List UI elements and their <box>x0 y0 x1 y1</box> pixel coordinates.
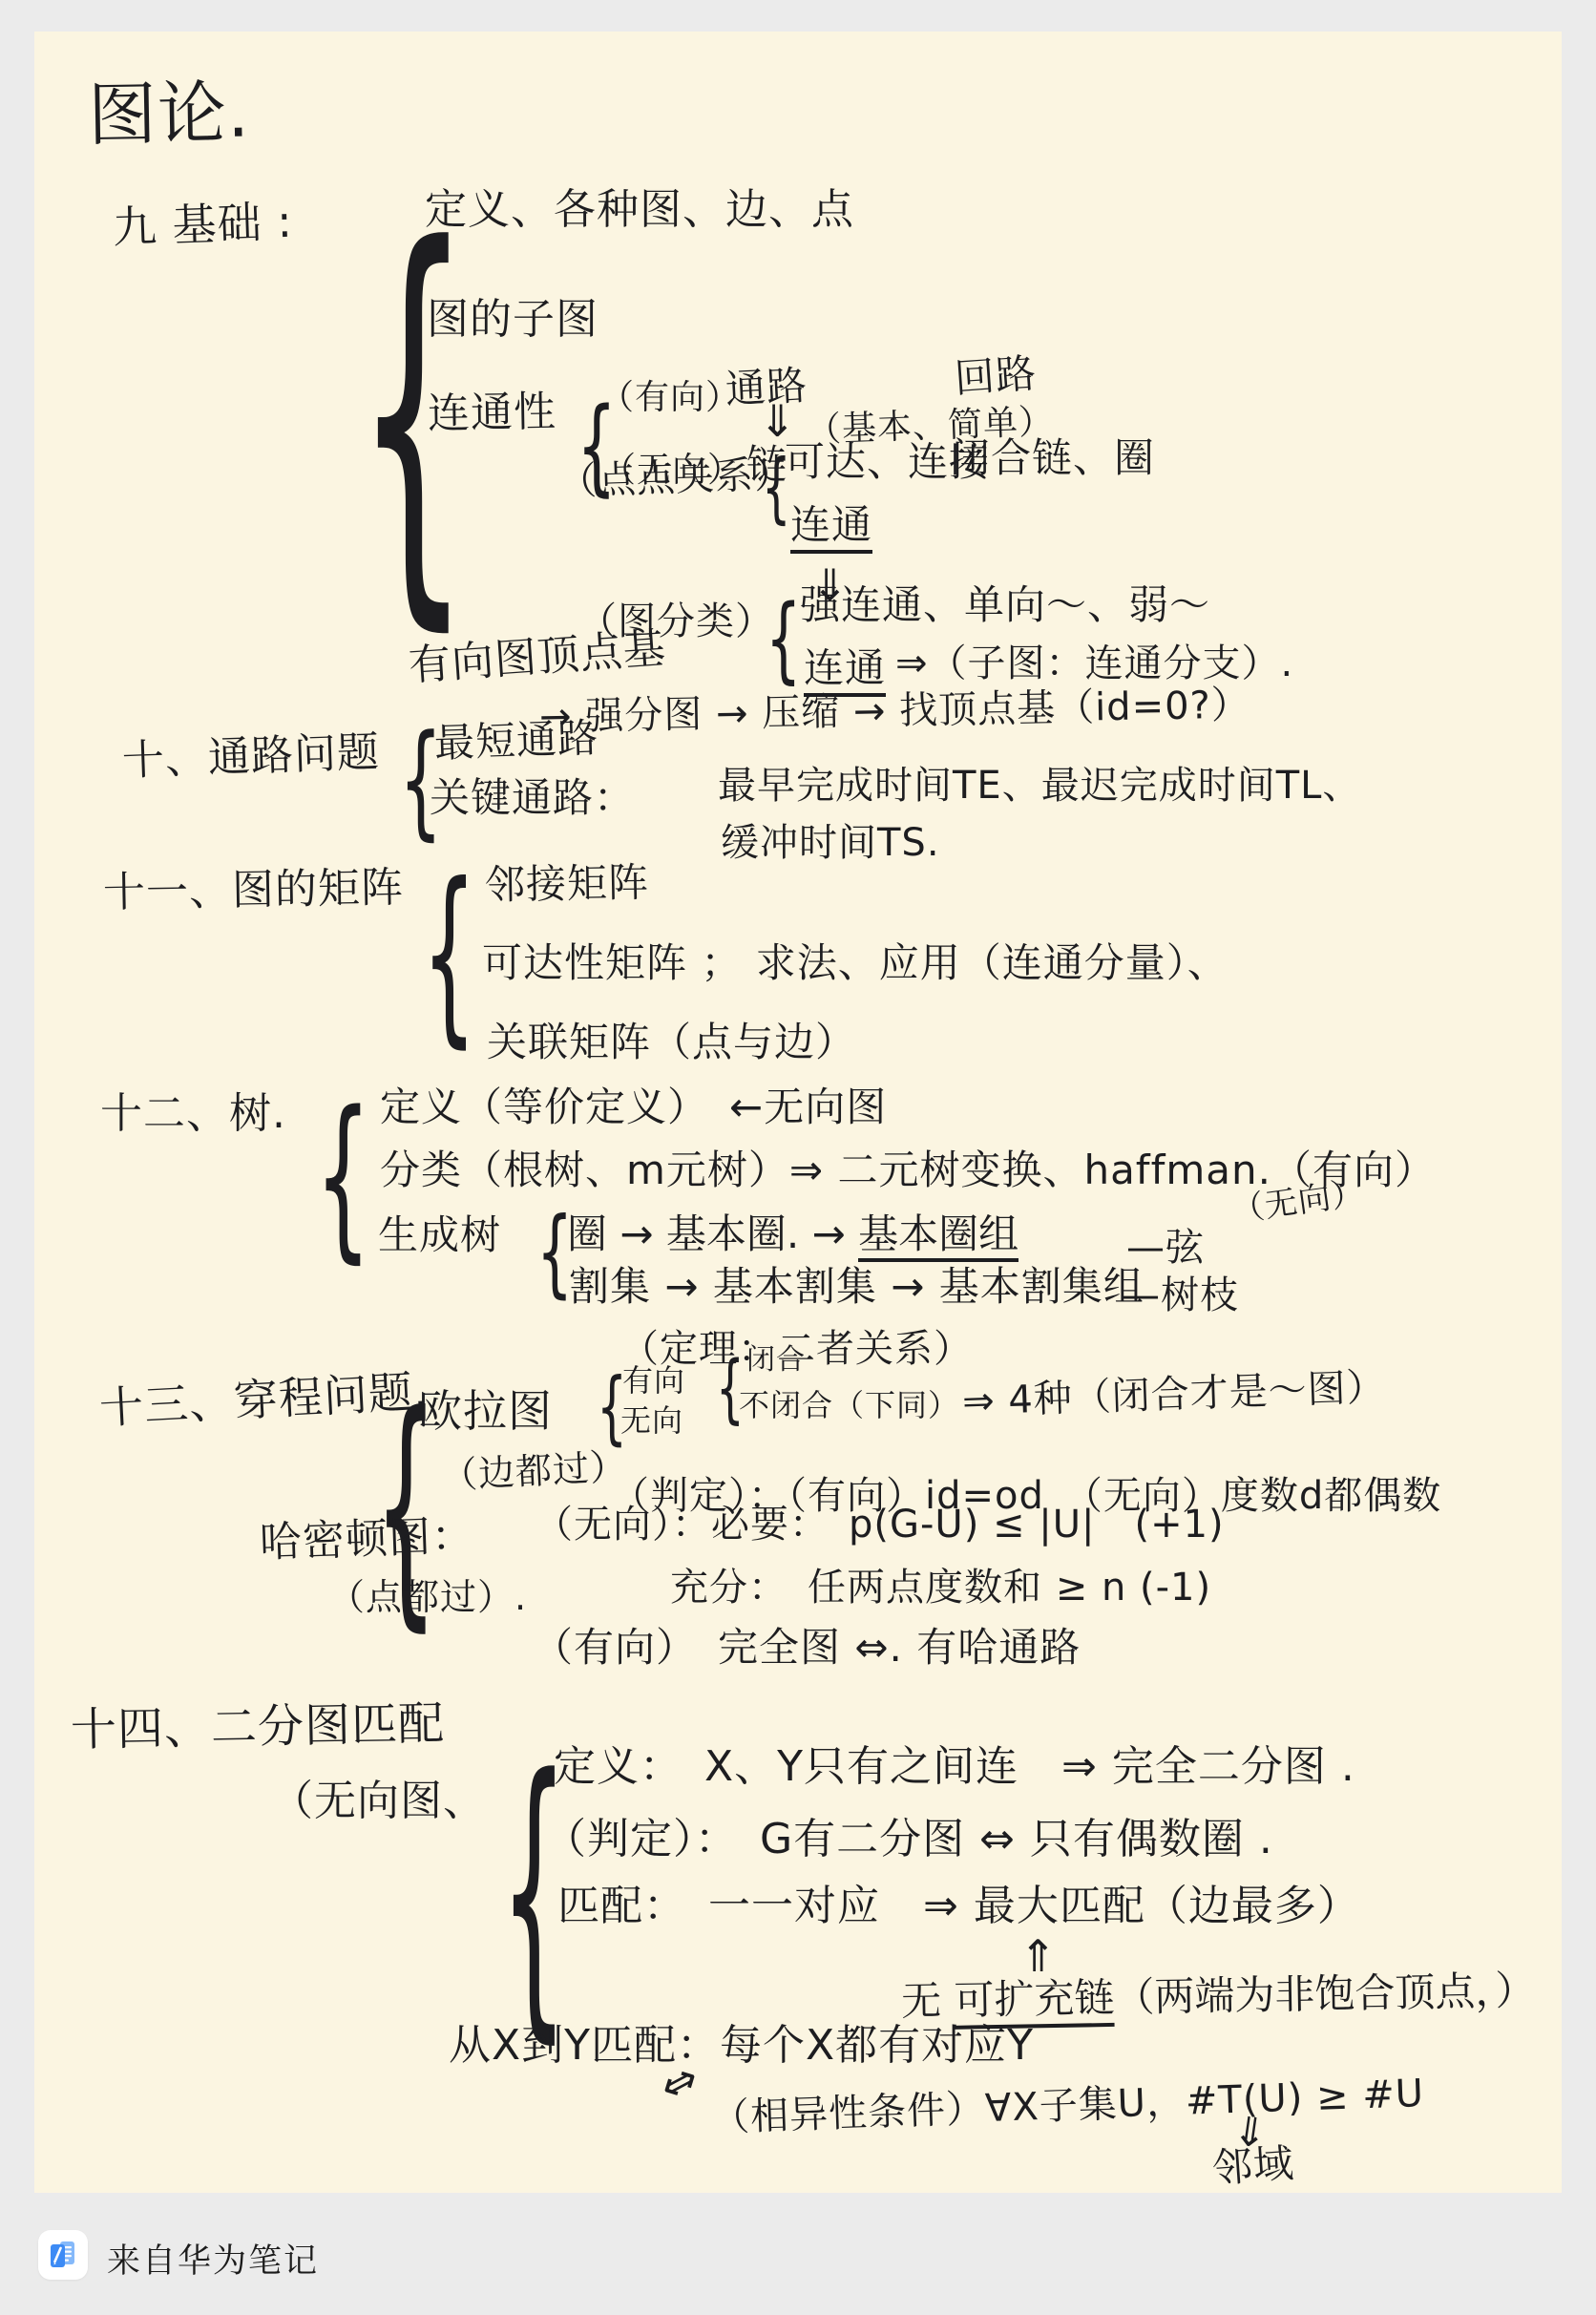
huawei-notes-icon <box>38 2230 88 2280</box>
hamilton-necessary: （无向）：必要： p(G-U) ≤ |U| (+1) <box>535 1503 1225 1547</box>
note-point-relation: （点点关系） <box>557 452 793 505</box>
brace-icon: { <box>315 1088 371 1265</box>
brace-icon: { <box>422 859 476 1050</box>
basics-circuit: 回路 <box>953 350 1038 402</box>
label-directed: （有向） <box>599 378 741 417</box>
tree-circle-line: 圈 → 基本圈. → 基本圈组 <box>567 1203 1018 1260</box>
brace-icon: { <box>766 593 801 686</box>
matrix-adjacency: 邻接矩阵 <box>485 860 650 909</box>
euler-closed: 闭合 <box>746 1344 806 1378</box>
hamilton-graph: 哈密顿图： <box>259 1512 475 1568</box>
tree-cutset-line: 割集 → 基本割集 → 基本割集组 <box>569 1264 1144 1310</box>
tree-branch: —树枝 <box>1122 1273 1239 1317</box>
section-12-heading: 十二、树. <box>100 1090 286 1139</box>
paths-shortest: 最短通路 <box>433 715 599 767</box>
bipartite-neighborhood: 邻域 <box>1210 2140 1295 2192</box>
euler-four-kinds: ⇒ 4种（闭合才是～图） <box>961 1365 1386 1423</box>
basics-definitions: 定义、各种图、边、点 <box>425 186 854 235</box>
tree-circle-group: 基本圈组 <box>858 1210 1018 1262</box>
section-10-heading: 十、通路问题 <box>121 728 381 786</box>
shared-note-image: 图论. 九 基础 : { 定义、各种图、边、点 图的子图 连通性 { （有向） … <box>0 0 1596 2315</box>
matrix-incidence: 关联矩阵（点与边） <box>487 1020 856 1065</box>
euler-directed: 有向 <box>622 1363 685 1399</box>
section-14-heading: 十四、二分图匹配 <box>71 1698 446 1757</box>
no-aug-prefix: 无 <box>901 1977 955 2025</box>
hamilton-sufficient: 充分： 任两点度数和 ≥ n (-1) <box>670 1566 1211 1610</box>
bipartite-matching: 匹配： 一一对应 ⇒ 最大匹配（边最多） <box>557 1883 1360 1931</box>
bipartite-xy-match: 从X到Y匹配：每个X都有对应Y <box>449 2022 1034 2071</box>
vertex-base-chain: → 强分图 → 压缩 → 找顶点基（id=0?） <box>539 684 1251 740</box>
footer-bar: 来自华为笔记 <box>0 2193 1596 2315</box>
euler-undirected: 无向 <box>620 1403 683 1439</box>
section-11-heading: 十一、图的矩阵 <box>103 864 405 917</box>
tree-circle-prefix: 圈 → 基本圈. → <box>567 1210 858 1257</box>
matrix-reachability: 可达性矩阵 ； 求法、应用（连通分量）、 <box>482 940 1228 986</box>
bipartite-definition: 定义： X、Y只有之间连 ⇒ 完全二分图 . <box>554 1743 1355 1792</box>
euler-edges-all: （边都过） <box>440 1446 628 1498</box>
notes-glyph <box>44 2236 82 2274</box>
no-aug-suffix: （两端为非饱合顶点，） <box>1114 1967 1536 2021</box>
bipartite-undirected: （无向图、 <box>271 1778 486 1826</box>
paths-critical: 关键通路： <box>430 775 635 821</box>
tree-spanning: 生成树 <box>378 1212 501 1258</box>
hamilton-directed-note: （有向） 完全图 ⇔. 有哈通路 <box>533 1625 1081 1671</box>
footer-watermark-label: 来自华为笔记 <box>107 2235 319 2283</box>
basics-connected: 连通 <box>790 502 872 554</box>
note-canvas: 图论. 九 基础 : { 定义、各种图、边、点 图的子图 连通性 { （有向） … <box>34 32 1562 2193</box>
classes-component: ⇒（子图：连通分支）. <box>895 642 1293 685</box>
down-arrow-icon: ⇓ <box>759 399 796 443</box>
bipartite-judge: （判定）： G有二分图 ⇔ 只有偶数圈 . <box>544 1816 1273 1864</box>
bipartite-no-aug-chain: 无 可扩充链（两端为非饱合顶点，） <box>901 1959 1536 2028</box>
note-title: 图论. <box>87 74 250 156</box>
paths-te-tl: 最早完成时间TE、最迟完成时间TL、 <box>718 764 1361 808</box>
euler-graph: 欧拉图 <box>418 1386 553 1437</box>
basics-subgraph: 图的子图 <box>427 296 598 345</box>
paths-ts: 缓冲时间TS. <box>721 821 940 865</box>
hamilton-points-all: （点都过）. <box>328 1577 527 1619</box>
basics-reachable: 可达、连接 <box>785 439 990 485</box>
euler-not-closed: 不闭合（下同） <box>739 1388 959 1423</box>
basics-connectivity: 连通性 <box>428 389 557 439</box>
classes-strong: 强连通、单向～、弱～ <box>800 582 1210 628</box>
tree-definition: 定义（等价定义） ←无向图 <box>380 1084 887 1130</box>
bipartite-hall-condition: （相异性条件）∀X子集U，#T(U) ≥ #U <box>710 2072 1424 2140</box>
section-9-heading: 九 基础 : <box>112 197 293 253</box>
